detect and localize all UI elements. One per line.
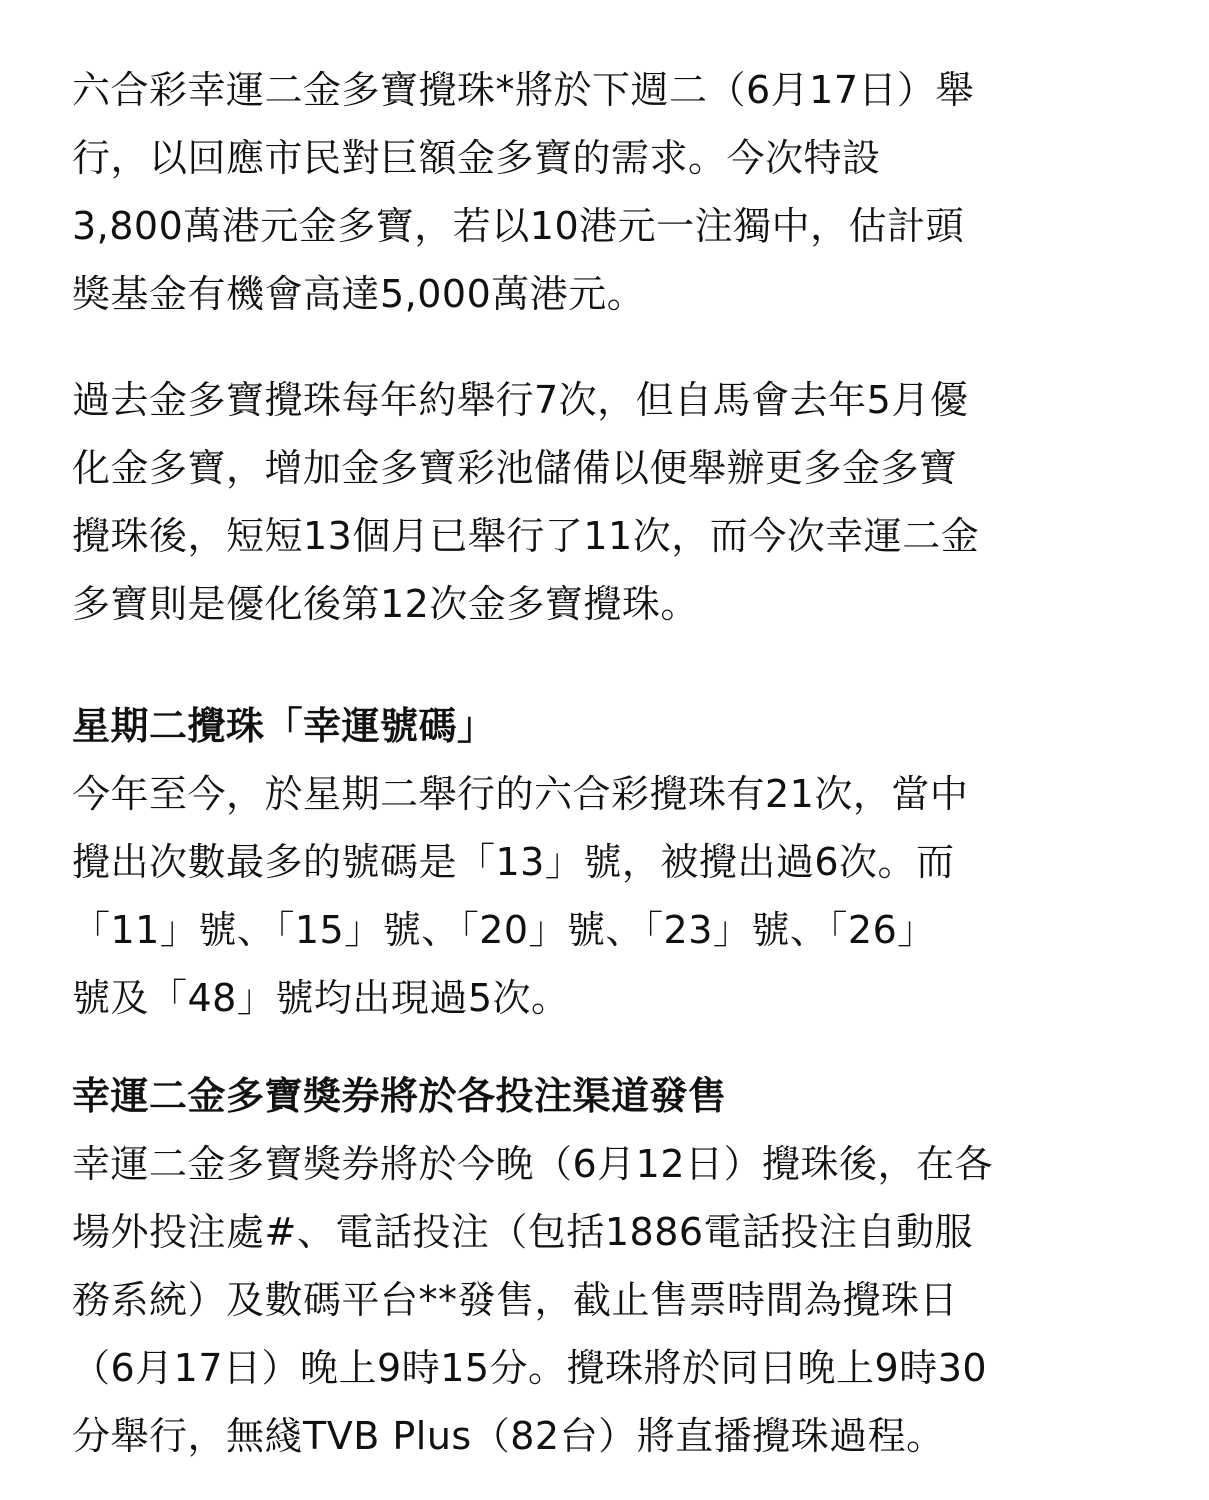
paragraph-history: 過去金多寶攪珠每年約舉行7次，但自馬會去年5月優 化金多寶，增加金多寶彩池儲備以…	[72, 366, 979, 638]
text-line: 六合彩幸運二金多寶攪珠*將於下週二（6月17日）舉	[72, 56, 1152, 124]
text-line: 攪出次數最多的號碼是「13」號，被攪出過6次。而	[72, 828, 968, 896]
section-tuesday-lucky-numbers: 星期二攪珠「幸運號碼」 今年至今，於星期二舉行的六合彩攪珠有21次，當中 攪出次…	[72, 692, 968, 1032]
text-line: 「11」號、「15」號、「20」號、「23」號、「26」	[72, 896, 968, 964]
text-line: 行，以回應市民對巨額金多寶的需求。今次特設	[72, 124, 1152, 192]
text-line: 今年至今，於星期二舉行的六合彩攪珠有21次，當中	[72, 760, 968, 828]
section-ticket-sales: 幸運二金多寶獎券將於各投注渠道發售 幸運二金多寶獎券將於今晚（6月12日）攪珠後…	[72, 1062, 993, 1470]
text-line: 3,800萬港元金多寶，若以10港元一注獨中，估計頭	[72, 192, 1152, 260]
text-line: 化金多寶，增加金多寶彩池儲備以便舉辦更多金多寶	[72, 434, 979, 502]
text-line: 多寶則是優化後第12次金多寶攪珠。	[72, 570, 979, 638]
paragraph-intro: 六合彩幸運二金多寶攪珠*將於下週二（6月17日）舉 行，以回應市民對巨額金多寶的…	[72, 56, 1152, 328]
text-line: 務系統）及數碼平台**發售，截止售票時間為攪珠日	[72, 1266, 993, 1334]
text-line: （6月17日）晚上9時15分。攪珠將於同日晚上9時30	[72, 1334, 993, 1402]
text-line: 場外投注處#、電話投注（包括1886電話投注自動服	[72, 1198, 993, 1266]
text-line: 分舉行，無綫TVB Plus（82台）將直播攪珠過程。	[72, 1402, 993, 1470]
text-line: 幸運二金多寶獎券將於今晚（6月12日）攪珠後，在各	[72, 1130, 993, 1198]
text-line: 過去金多寶攪珠每年約舉行7次，但自馬會去年5月優	[72, 366, 979, 434]
text-line: 獎基金有機會高達5,000萬港元。	[72, 260, 1152, 328]
section-heading: 星期二攪珠「幸運號碼」	[72, 692, 968, 760]
section-heading: 幸運二金多寶獎券將於各投注渠道發售	[72, 1062, 993, 1130]
text-line: 攪珠後，短短13個月已舉行了11次，而今次幸運二金	[72, 502, 979, 570]
section-paragraph: 今年至今，於星期二舉行的六合彩攪珠有21次，當中 攪出次數最多的號碼是「13」號…	[72, 760, 968, 1032]
article-body: 六合彩幸運二金多寶攪珠*將於下週二（6月17日）舉 行，以回應市民對巨額金多寶的…	[72, 56, 1152, 328]
section-paragraph: 幸運二金多寶獎券將於今晚（6月12日）攪珠後，在各 場外投注處#、電話投注（包括…	[72, 1130, 993, 1470]
text-line: 號及「48」號均出現過5次。	[72, 964, 968, 1032]
